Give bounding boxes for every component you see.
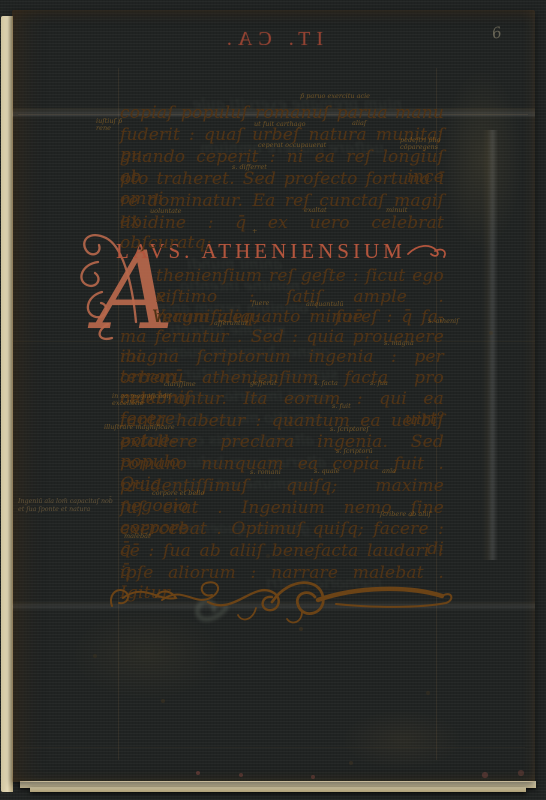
gloss: p̄ paruo exercitu acie	[300, 93, 370, 100]
gloss: ceperat occupauerat	[258, 142, 326, 149]
gloss: s. fuit	[332, 403, 351, 410]
gloss: exaltat	[304, 207, 327, 214]
ruling-line-horizontal-low	[20, 747, 525, 748]
ruling-line-vertical-left	[118, 68, 119, 760]
gloss: s. quale	[314, 468, 340, 475]
running-title-showthrough: IT. CA.	[180, 28, 364, 51]
ink-specks	[12, 10, 14, 12]
manuscript-page: nium premane exerciti auleuaſtare manere…	[12, 10, 535, 782]
gloss: clariſſime	[164, 381, 196, 388]
parchment-stain	[442, 70, 522, 250]
manuscript-photo: nium premane exerciti auleuaſtare manere…	[0, 0, 546, 800]
gloss: aliaſ	[352, 120, 366, 127]
gloss: cōparegens	[400, 144, 438, 151]
text-line: libidine : q̄ ex uero celebrat obſcuratq…	[120, 213, 444, 253]
folio-number: 6	[490, 23, 503, 43]
gloss: s. ſua	[370, 380, 388, 387]
gloss: anīa	[382, 468, 396, 475]
text-line: Verum aliquanto minoreſ : q̄ fa-	[152, 307, 444, 327]
parchment-stain	[342, 710, 462, 770]
gloss: minuit	[386, 207, 407, 214]
parchment-crease	[482, 130, 498, 560]
marginal-note-line: Ingeniū aīa lom̄ capacitaſ nob̄	[18, 498, 122, 506]
gloss: s. ſcriptorū	[336, 448, 373, 455]
gloss: aliquantulū	[306, 301, 344, 308]
gloss: ſcribere ab aliiſ	[380, 511, 431, 518]
gloss: illuſtrare magnificare	[104, 424, 175, 431]
gloss: excellētie	[112, 400, 144, 407]
gloss: uoluntate	[150, 208, 182, 215]
under-page-edge-bottom-2	[30, 787, 526, 792]
gloss: malebāt	[124, 533, 151, 540]
gloss: ut fuit carthago	[254, 121, 306, 128]
gloss: fuere	[252, 300, 269, 307]
flourish-strokes	[111, 582, 451, 622]
gloss: s. atheniſ	[428, 318, 459, 325]
pen-flourish	[106, 572, 458, 628]
gloss: corpore et bello	[152, 490, 204, 497]
gloss: s. romani	[250, 469, 281, 476]
gloss: s. ſcriptoreſ	[330, 426, 369, 433]
marginal-note: Ingeniū aīa lom̄ capacitaſ nob̄et ſua ſp…	[18, 498, 122, 513]
gloss: geſſerūt	[250, 380, 277, 387]
gloss: rene	[96, 125, 111, 132]
gloss: s. differret	[232, 164, 267, 171]
gloss: aſſeruntur	[214, 320, 248, 327]
gloss: s. facta	[314, 380, 338, 387]
gloss: s. magna	[384, 340, 414, 347]
marginal-note-line: et ſua ſponte et natura	[18, 506, 122, 514]
gloss: +	[252, 228, 257, 235]
